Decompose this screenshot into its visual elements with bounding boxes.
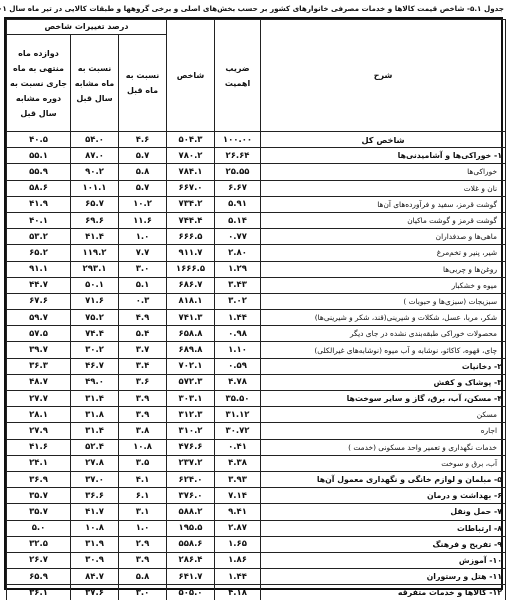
row-index: ۶۵۸.۸: [167, 326, 215, 342]
row-change-same-month-last-year: ۱۰۱.۱: [71, 180, 119, 196]
row-index: ۵۷۲.۳: [167, 374, 215, 390]
row-index: ۲۳۷.۲: [167, 455, 215, 471]
table-row: ۱۱- هتل و رستوران۱.۴۴۶۴۱.۷۵.۸۸۴.۷۶۵.۹: [7, 569, 506, 585]
row-index: ۱۶۶۶.۵: [167, 261, 215, 277]
row-change-twelve-month: ۲۷.۷: [7, 391, 71, 407]
row-description: ۶- بهداشت و درمان: [261, 488, 506, 504]
row-index: ۶۴۱.۷: [167, 569, 215, 585]
row-index: ۳۱۰.۲: [167, 423, 215, 439]
table-row: روغن‌ها و چربی‌ها۱.۲۹۱۶۶۶.۵۳.۰۲۹۳.۱۹۱.۱: [7, 261, 506, 277]
row-description: ۱۲- کالاها و خدمات متفرقه: [261, 585, 506, 600]
row-change-twelve-month: ۵۵.۹: [7, 164, 71, 180]
row-index: ۶۸۹.۸: [167, 342, 215, 358]
row-change-twelve-month: ۶۷.۶: [7, 293, 71, 309]
header-vs-same-month-last-year: نسبت به ماه مشابه سال قبل: [71, 35, 119, 132]
row-change-twelve-month: ۲۸.۱: [7, 407, 71, 423]
row-index: ۴۷۶.۶: [167, 439, 215, 455]
row-change-prev-month: ۴.۹: [119, 310, 167, 326]
row-change-prev-month: ۴.۱: [119, 471, 167, 487]
table-row: اجاره۳۰.۷۲۳۱۰.۲۳.۸۳۱.۴۲۷.۹: [7, 423, 506, 439]
row-weight: ۰.۹۸: [215, 326, 261, 342]
row-description: گوشت قرمز و گوشت ماکیان: [261, 212, 506, 228]
row-index: ۸۱۸.۱: [167, 293, 215, 309]
row-change-prev-month: ۵.۷: [119, 180, 167, 196]
row-weight: ۲۵.۵۵: [215, 164, 261, 180]
row-weight: ۳۵.۵۰: [215, 391, 261, 407]
row-change-same-month-last-year: ۴۱.۷: [71, 504, 119, 520]
header-description: شرح: [261, 20, 506, 132]
row-description: آب، برق و سوخت: [261, 455, 506, 471]
row-index: ۱۹۵.۵: [167, 520, 215, 536]
row-description: میوه و خشکبار: [261, 277, 506, 293]
row-change-twelve-month: ۳۹.۷: [7, 342, 71, 358]
row-index: ۷۸۰.۲: [167, 148, 215, 164]
row-change-prev-month: ۵.۸: [119, 569, 167, 585]
row-description: چای، قهوه، کاکائو، نوشابه و آب میوه (نوش…: [261, 342, 506, 358]
row-change-twelve-month: ۵۹.۷: [7, 310, 71, 326]
row-description: شاخص کل: [261, 132, 506, 148]
row-change-same-month-last-year: ۳۰.۹: [71, 552, 119, 568]
row-change-prev-month: ۵.۴: [119, 326, 167, 342]
row-change-same-month-last-year: ۹۰.۲: [71, 164, 119, 180]
row-description: ۵- مبلمان و لوازم خانگی و نگهداری معمول …: [261, 471, 506, 487]
table-row: شاخص کل۱۰۰.۰۰۵۰۴.۳۴.۶۵۴.۰۴۰.۵: [7, 132, 506, 148]
row-change-same-month-last-year: ۳۱.۸: [71, 407, 119, 423]
table-row: ۷- حمل ونقل۹.۴۱۵۸۸.۲۳.۱۴۱.۷۳۵.۷: [7, 504, 506, 520]
row-change-prev-month: ۱.۰: [119, 229, 167, 245]
table-row: خدمات نگهداری و تعمیر واحد مسکونی (خدمت …: [7, 439, 506, 455]
row-change-twelve-month: ۹۱.۱: [7, 261, 71, 277]
header-twelve-month: دوازده ماه منتهی به ماه جاری نسبت به دور…: [7, 35, 71, 132]
row-change-prev-month: ۳.۴: [119, 358, 167, 374]
row-description: محصولات خوراکی طبقه‌بندی نشده در جای دیگ…: [261, 326, 506, 342]
row-weight: ۴.۱۸: [215, 585, 261, 600]
row-description: ۹- تفریح و فرهنگ: [261, 536, 506, 552]
row-change-prev-month: ۱.۰: [119, 520, 167, 536]
row-change-twelve-month: ۳۵.۷: [7, 488, 71, 504]
table-row: سبزیجات (سبزی‌ها و حبوبات )۳.۰۲۸۱۸.۱۰.۳۷…: [7, 293, 506, 309]
table-row: ۱- خوراکی‌ها و آشامیدنی‌ها۲۶.۶۴۷۸۰.۲۵.۷۸…: [7, 148, 506, 164]
row-weight: ۶.۶۷: [215, 180, 261, 196]
table-row: گوشت قرمز، سفید و فرآورده‌های آن‌ها۵.۹۱۷…: [7, 196, 506, 212]
row-weight: ۰.۵۹: [215, 358, 261, 374]
row-change-prev-month: ۳.۹: [119, 552, 167, 568]
row-change-prev-month: ۰.۳: [119, 293, 167, 309]
row-change-twelve-month: ۴۰.۵: [7, 132, 71, 148]
row-change-prev-month: ۶.۱: [119, 488, 167, 504]
row-change-twelve-month: ۵۵.۱: [7, 148, 71, 164]
row-change-prev-month: ۱۰.۲: [119, 196, 167, 212]
row-description: روغن‌ها و چربی‌ها: [261, 261, 506, 277]
table-row: ۳- پوشاک و کفش۴.۷۸۵۷۲.۳۳.۶۴۹.۰۴۸.۷: [7, 374, 506, 390]
row-weight: ۴.۳۸: [215, 455, 261, 471]
row-index: ۹۱۱.۷: [167, 245, 215, 261]
row-change-same-month-last-year: ۳۷.۰: [71, 471, 119, 487]
row-description: مسکن: [261, 407, 506, 423]
row-weight: ۵.۹۱: [215, 196, 261, 212]
table-row: شکر، مربا، عسل، شکلات و شیرینی(قند، شکر …: [7, 310, 506, 326]
row-change-prev-month: ۳.۹: [119, 391, 167, 407]
row-change-same-month-last-year: ۵۲.۴: [71, 439, 119, 455]
row-weight: ۱.۱۰: [215, 342, 261, 358]
row-change-twelve-month: ۳۶.۹: [7, 471, 71, 487]
row-change-same-month-last-year: ۴۹.۰: [71, 374, 119, 390]
row-description: ۱۱- هتل و رستوران: [261, 569, 506, 585]
row-index: ۶۶۷.۰: [167, 180, 215, 196]
row-change-prev-month: ۳.۱: [119, 504, 167, 520]
row-change-same-month-last-year: ۶۹.۶: [71, 212, 119, 228]
row-change-prev-month: ۳.۰: [119, 585, 167, 600]
row-weight: ۱.۴۴: [215, 569, 261, 585]
table-row: چای، قهوه، کاکائو، نوشابه و آب میوه (نوش…: [7, 342, 506, 358]
row-index: ۶۶۶.۵: [167, 229, 215, 245]
table-row: شیر، پنیر و تخم‌مرغ۲.۸۰۹۱۱.۷۷.۷۱۱۹.۲۶۵.۲: [7, 245, 506, 261]
row-index: ۷۴۴.۴: [167, 212, 215, 228]
row-change-prev-month: ۷.۷: [119, 245, 167, 261]
row-weight: ۳.۴۳: [215, 277, 261, 293]
row-change-same-month-last-year: ۱۰.۸: [71, 520, 119, 536]
row-change-same-month-last-year: ۷۱.۶: [71, 293, 119, 309]
table-row: ۴- مسکن، آب، برق، گاز و سایر سوخت‌ها۳۵.۵…: [7, 391, 506, 407]
row-change-twelve-month: ۲۷.۹: [7, 423, 71, 439]
table-row: ۲- دخانیات۰.۵۹۷۰۲.۱۳.۴۴۶.۷۳۶.۳: [7, 358, 506, 374]
row-index: ۵۵۸.۶: [167, 536, 215, 552]
row-description: شکر، مربا، عسل، شکلات و شیرینی(قند، شکر …: [261, 310, 506, 326]
table-row: ۸- ارتباطات۲.۸۷۱۹۵.۵۱.۰۱۰.۸۵.۰: [7, 520, 506, 536]
row-description: ماهی‌ها و صدفداران: [261, 229, 506, 245]
row-weight: ۱۰۰.۰۰: [215, 132, 261, 148]
row-index: ۵۸۸.۲: [167, 504, 215, 520]
table-row: آب، برق و سوخت۴.۳۸۲۳۷.۲۳.۵۲۷.۸۲۴.۱: [7, 455, 506, 471]
header-index: شاخص: [167, 20, 215, 132]
table-row: ۱۰- آموزش۱.۸۶۲۸۶.۴۳.۹۳۰.۹۲۶.۷: [7, 552, 506, 568]
table-row: ۶- بهداشت و درمان۷.۱۴۳۷۶.۰۶.۱۳۶.۶۳۵.۷: [7, 488, 506, 504]
row-weight: ۱.۲۹: [215, 261, 261, 277]
row-change-prev-month: ۳.۵: [119, 455, 167, 471]
row-change-same-month-last-year: ۴۱.۴: [71, 229, 119, 245]
row-description: خوراکی‌ها: [261, 164, 506, 180]
row-change-same-month-last-year: ۳۱.۹: [71, 536, 119, 552]
table-row: ۹- تفریح و فرهنگ۱.۶۵۵۵۸.۶۲.۹۳۱.۹۳۲.۵: [7, 536, 506, 552]
table-row: محصولات خوراکی طبقه‌بندی نشده در جای دیگ…: [7, 326, 506, 342]
row-weight: ۳۰.۷۲: [215, 423, 261, 439]
row-index: ۷۰۲.۱: [167, 358, 215, 374]
row-weight: ۱.۸۶: [215, 552, 261, 568]
row-change-prev-month: ۵.۸: [119, 164, 167, 180]
row-change-same-month-last-year: ۴۶.۷: [71, 358, 119, 374]
row-change-twelve-month: ۴۱.۹: [7, 196, 71, 212]
row-change-prev-month: ۳.۰: [119, 261, 167, 277]
row-change-twelve-month: ۵.۰: [7, 520, 71, 536]
row-index: ۶۸۶.۷: [167, 277, 215, 293]
row-weight: ۰.۷۷: [215, 229, 261, 245]
row-change-twelve-month: ۴۸.۷: [7, 374, 71, 390]
row-change-same-month-last-year: ۲۹۳.۱: [71, 261, 119, 277]
row-change-same-month-last-year: ۳۶.۶: [71, 488, 119, 504]
row-change-twelve-month: ۲۶.۷: [7, 552, 71, 568]
row-weight: ۲۶.۶۴: [215, 148, 261, 164]
row-weight: ۱.۴۴: [215, 310, 261, 326]
row-description: ۴- مسکن، آب، برق، گاز و سایر سوخت‌ها: [261, 391, 506, 407]
row-change-same-month-last-year: ۵۴.۰: [71, 132, 119, 148]
row-description: ۱۰- آموزش: [261, 552, 506, 568]
row-change-prev-month: ۳.۷: [119, 342, 167, 358]
row-change-twelve-month: ۶۵.۲: [7, 245, 71, 261]
row-index: ۷۴۱.۳: [167, 310, 215, 326]
table-body: شاخص کل۱۰۰.۰۰۵۰۴.۳۴.۶۵۴.۰۴۰.۵۱- خوراکی‌ه…: [7, 132, 506, 600]
row-index: ۵۰۵.۰: [167, 585, 215, 600]
table-row: میوه و خشکبار۳.۴۳۶۸۶.۷۵.۱۵۰.۱۴۴.۷: [7, 277, 506, 293]
row-change-twelve-month: ۵۳.۲: [7, 229, 71, 245]
row-change-same-month-last-year: ۳۱.۴: [71, 391, 119, 407]
row-weight: ۳۱.۱۲: [215, 407, 261, 423]
row-weight: ۹.۴۱: [215, 504, 261, 520]
row-change-twelve-month: ۵۷.۵: [7, 326, 71, 342]
table-caption: جدول ۵.۱- شاخص قیمت کالاها و خدمات مصرفی…: [4, 2, 504, 15]
row-weight: ۴.۷۸: [215, 374, 261, 390]
row-index: ۳۱۲.۳: [167, 407, 215, 423]
row-change-same-month-last-year: ۳۱.۴: [71, 423, 119, 439]
row-change-prev-month: ۲.۹: [119, 536, 167, 552]
row-description: ۱- خوراکی‌ها و آشامیدنی‌ها: [261, 148, 506, 164]
row-change-twelve-month: ۴۰.۱: [7, 212, 71, 228]
row-weight: ۲.۸۷: [215, 520, 261, 536]
row-description: ۸- ارتباطات: [261, 520, 506, 536]
table-row: مسکن۳۱.۱۲۳۱۲.۳۳.۹۳۱.۸۲۸.۱: [7, 407, 506, 423]
row-change-same-month-last-year: ۳۰.۲: [71, 342, 119, 358]
row-change-same-month-last-year: ۶۵.۷: [71, 196, 119, 212]
row-change-twelve-month: ۲۴.۱: [7, 455, 71, 471]
row-description: شیر، پنیر و تخم‌مرغ: [261, 245, 506, 261]
header-pct-change-group: درصد تغییرات شاخص: [7, 20, 167, 35]
row-index: ۷۳۴.۲: [167, 196, 215, 212]
row-index: ۳۰۳.۱: [167, 391, 215, 407]
row-change-prev-month: ۱۱.۶: [119, 212, 167, 228]
table-row: گوشت قرمز و گوشت ماکیان۵.۱۴۷۴۴.۴۱۱.۶۶۹.۶…: [7, 212, 506, 228]
row-change-twelve-month: ۶۵.۹: [7, 569, 71, 585]
row-change-prev-month: ۳.۶: [119, 374, 167, 390]
row-index: ۳۷۶.۰: [167, 488, 215, 504]
row-change-prev-month: ۴.۶: [119, 132, 167, 148]
row-change-same-month-last-year: ۷۴.۴: [71, 326, 119, 342]
row-change-twelve-month: ۴۴.۷: [7, 277, 71, 293]
row-description: ۳- پوشاک و کفش: [261, 374, 506, 390]
row-change-same-month-last-year: ۵۰.۱: [71, 277, 119, 293]
row-description: اجاره: [261, 423, 506, 439]
row-description: ۷- حمل ونقل: [261, 504, 506, 520]
row-description: ۲- دخانیات: [261, 358, 506, 374]
row-change-twelve-month: ۳۶.۳: [7, 358, 71, 374]
row-change-prev-month: ۳.۹: [119, 407, 167, 423]
row-weight: ۳.۰۲: [215, 293, 261, 309]
row-weight: ۷.۱۴: [215, 488, 261, 504]
row-weight: ۲.۸۰: [215, 245, 261, 261]
row-change-twelve-month: ۵۸.۶: [7, 180, 71, 196]
row-weight: ۳.۹۳: [215, 471, 261, 487]
row-description: خدمات نگهداری و تعمیر واحد مسکونی (خدمت …: [261, 439, 506, 455]
cpi-table-container: شرح ضریب اهمیت شاخص درصد تغییرات شاخص نس…: [4, 17, 503, 590]
row-change-twelve-month: ۳۵.۷: [7, 504, 71, 520]
row-change-prev-month: ۳.۸: [119, 423, 167, 439]
row-weight: ۰.۴۱: [215, 439, 261, 455]
row-index: ۲۸۶.۴: [167, 552, 215, 568]
row-description: نان و غلات: [261, 180, 506, 196]
header-vs-prev-month: نسبت به ماه قبل: [119, 35, 167, 132]
row-change-same-month-last-year: ۱۱۹.۲: [71, 245, 119, 261]
table-row: ۵- مبلمان و لوازم خانگی و نگهداری معمول …: [7, 471, 506, 487]
row-change-same-month-last-year: ۳۷.۶: [71, 585, 119, 600]
table-title: جدول ۵.۱- شاخص قیمت کالاها و خدمات مصرفی…: [0, 4, 504, 13]
row-change-same-month-last-year: ۸۷.۰: [71, 148, 119, 164]
row-index: ۷۸۴.۱: [167, 164, 215, 180]
row-change-twelve-month: ۳۶.۱: [7, 585, 71, 600]
row-change-same-month-last-year: ۸۴.۷: [71, 569, 119, 585]
table-row: نان و غلات۶.۶۷۶۶۷.۰۵.۷۱۰۱.۱۵۸.۶: [7, 180, 506, 196]
row-change-prev-month: ۱۰.۸: [119, 439, 167, 455]
row-weight: ۵.۱۴: [215, 212, 261, 228]
table-row: ماهی‌ها و صدفداران۰.۷۷۶۶۶.۵۱.۰۴۱.۴۵۳.۲: [7, 229, 506, 245]
row-index: ۵۰۴.۳: [167, 132, 215, 148]
cpi-table: شرح ضریب اهمیت شاخص درصد تغییرات شاخص نس…: [6, 19, 506, 600]
row-change-same-month-last-year: ۲۷.۸: [71, 455, 119, 471]
row-change-prev-month: ۵.۱: [119, 277, 167, 293]
row-change-twelve-month: ۴۱.۶: [7, 439, 71, 455]
table-row: خوراکی‌ها۲۵.۵۵۷۸۴.۱۵.۸۹۰.۲۵۵.۹: [7, 164, 506, 180]
row-index: ۶۲۴.۰: [167, 471, 215, 487]
table-row: ۱۲- کالاها و خدمات متفرقه۴.۱۸۵۰۵.۰۳.۰۳۷.…: [7, 585, 506, 600]
row-description: گوشت قرمز، سفید و فرآورده‌های آن‌ها: [261, 196, 506, 212]
row-change-prev-month: ۵.۷: [119, 148, 167, 164]
row-description: سبزیجات (سبزی‌ها و حبوبات ): [261, 293, 506, 309]
row-weight: ۱.۶۵: [215, 536, 261, 552]
row-change-twelve-month: ۳۲.۵: [7, 536, 71, 552]
row-change-same-month-last-year: ۷۵.۲: [71, 310, 119, 326]
header-weight: ضریب اهمیت: [215, 20, 261, 132]
